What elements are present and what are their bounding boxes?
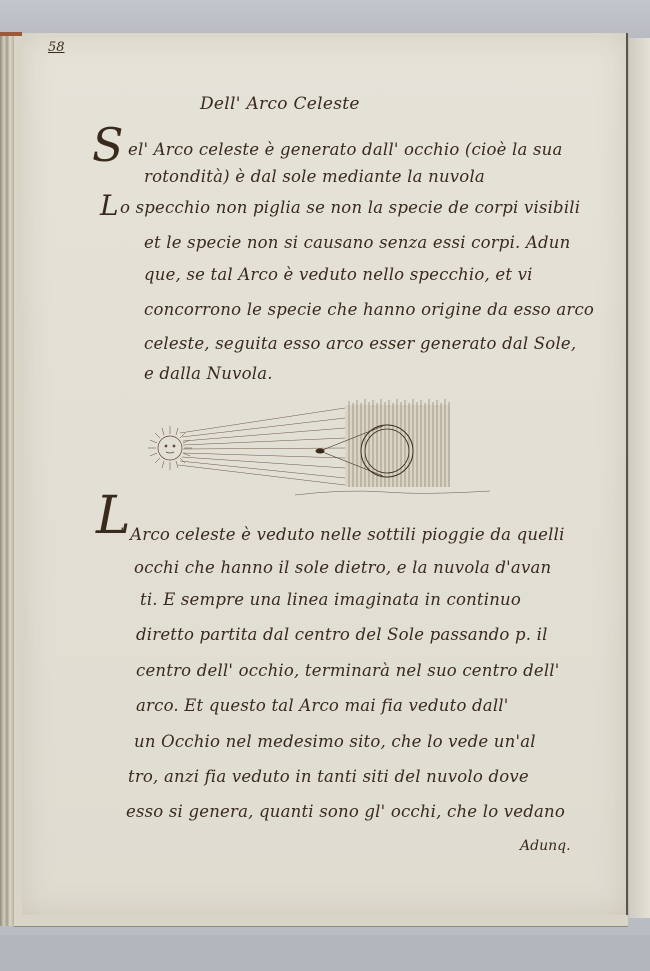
rainbow-diagram bbox=[145, 393, 490, 501]
page-title: Dell' Arco Celeste bbox=[200, 94, 360, 114]
text-line: concorrono le specie che hanno origine d… bbox=[144, 300, 594, 319]
text-line: o specchio non piglia se non la specie d… bbox=[120, 198, 580, 217]
rain-cloud bbox=[345, 399, 450, 487]
text-line: diretto partita dal centro del Sole pass… bbox=[136, 625, 548, 644]
text-line: esso si genera, quanti sono gl' occhi, c… bbox=[126, 802, 565, 821]
sun-icon bbox=[148, 426, 192, 470]
initial-l: L bbox=[100, 192, 119, 220]
page-number: 58 bbox=[48, 40, 65, 55]
text-line: centro dell' occhio, terminarà nel suo c… bbox=[136, 661, 560, 680]
text-line: arco. Et questo tal Arco mai fia veduto … bbox=[136, 696, 509, 715]
background-bottom bbox=[0, 935, 650, 971]
text-line: celeste, seguita esso arco esser generat… bbox=[144, 334, 576, 353]
text-line: el' Arco celeste è generato dall' occhio… bbox=[128, 140, 562, 159]
text-line: e dalla Nuvola. bbox=[144, 364, 273, 383]
text-line: un Occhio nel medesimo sito, che lo vede… bbox=[134, 732, 536, 751]
catchword: Adunq. bbox=[520, 838, 571, 854]
text-line: ' Arco celeste è veduto nelle sottili pi… bbox=[120, 525, 565, 544]
text-line: et le specie non si causano senza essi c… bbox=[144, 233, 570, 252]
light-rays bbox=[178, 408, 345, 485]
text-line: rotondità) è dal sole mediante la nuvola bbox=[144, 167, 485, 186]
next-page-edge bbox=[629, 38, 650, 918]
text-line: ti. E sempre una linea imaginata in cont… bbox=[140, 590, 521, 609]
ground-line bbox=[295, 491, 490, 495]
text-line: tro, anzi fia veduto in tanti siti del n… bbox=[128, 767, 529, 786]
text-line: que, se tal Arco è veduto nello specchio… bbox=[144, 265, 533, 284]
text-line: occhi che hanno il sole dietro, e la nuv… bbox=[134, 558, 551, 577]
drop-initial-s: S bbox=[92, 122, 124, 168]
